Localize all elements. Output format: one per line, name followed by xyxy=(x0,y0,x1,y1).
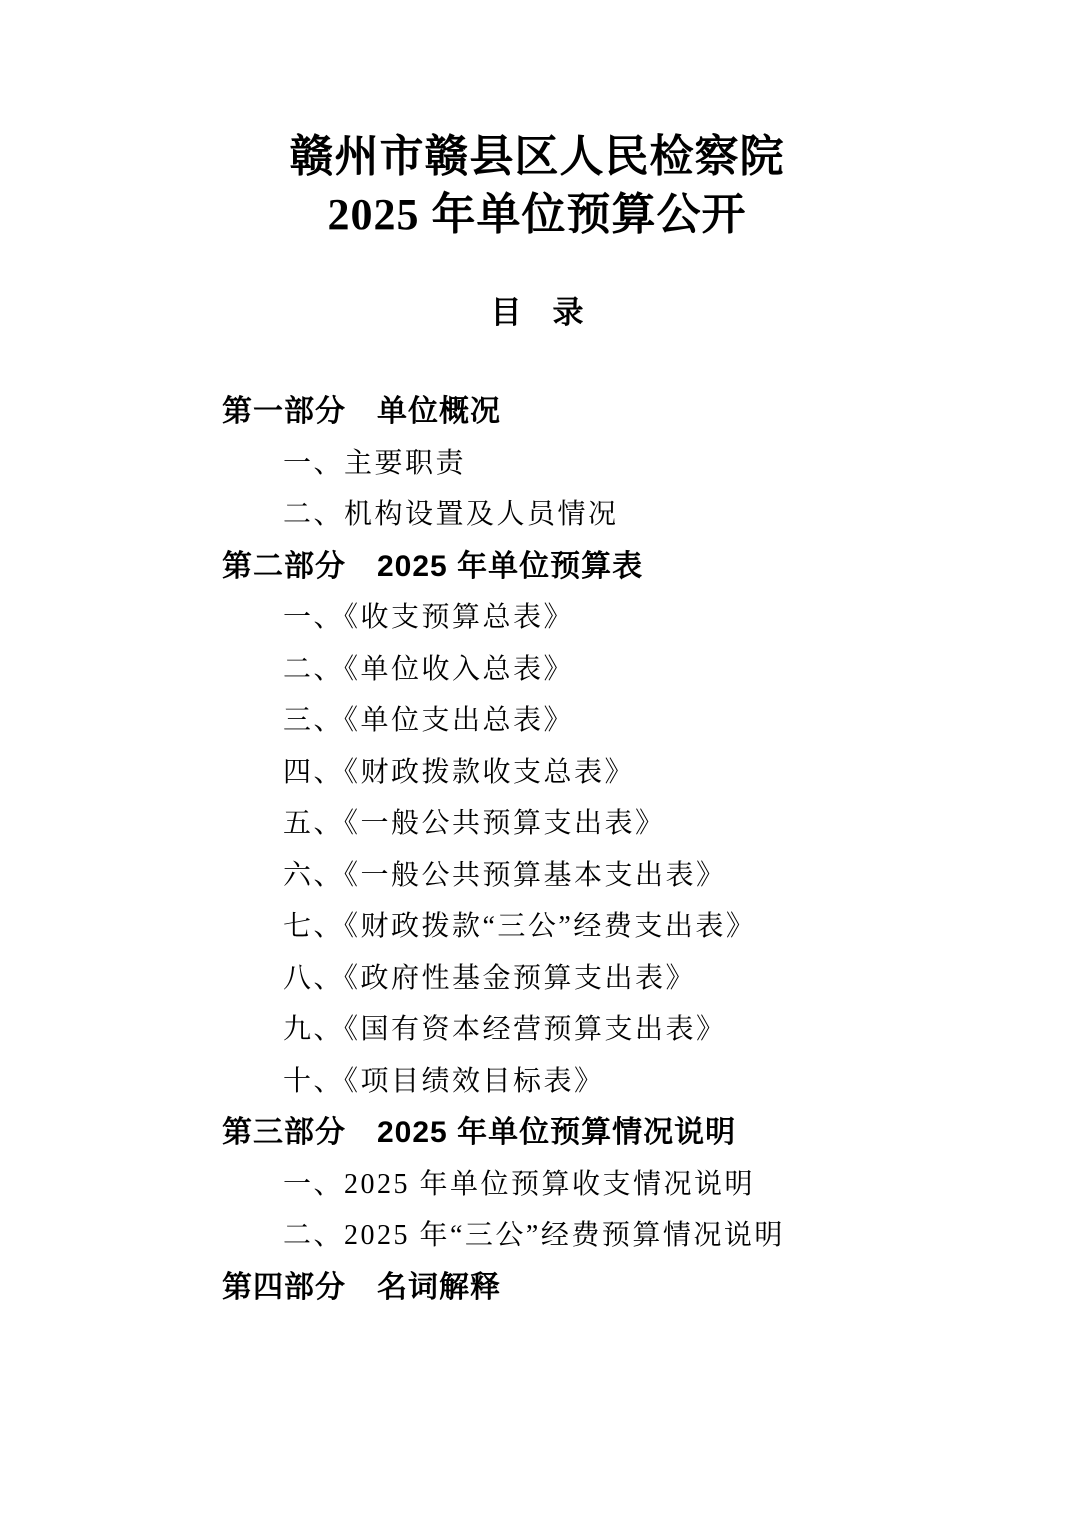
document-page: 赣州市赣县区人民检察院 2025 年单位预算公开 目 录 第一部分 单位概况 一… xyxy=(0,0,1074,1520)
toc-item: 七、《财政拨款“三公”经费支出表》 xyxy=(283,901,1074,953)
toc-item: 一、主要职责 xyxy=(283,438,1074,490)
toc-item: 二、机构设置及人员情况 xyxy=(283,489,1074,541)
toc-item: 二、《单位收入总表》 xyxy=(283,644,1074,696)
toc-item: 五、《一般公共预算支出表》 xyxy=(283,798,1074,850)
toc-item: 八、《政府性基金预算支出表》 xyxy=(283,953,1074,1005)
toc-item: 一、《收支预算总表》 xyxy=(283,592,1074,644)
toc-part-2-heading: 第二部分 2025 年单位预算表 xyxy=(222,541,1074,593)
toc-heading: 目 录 xyxy=(0,294,1074,331)
toc-item: 四、《财政拨款收支总表》 xyxy=(283,747,1074,799)
toc-part-4-heading: 第四部分 名词解释 xyxy=(222,1262,1074,1314)
toc-item: 二、2025 年“三公”经费预算情况说明 xyxy=(283,1210,1074,1262)
toc-part-1-heading: 第一部分 单位概况 xyxy=(222,386,1074,438)
toc-item: 一、2025 年单位预算收支情况说明 xyxy=(283,1159,1074,1211)
toc-item: 九、《国有资本经营预算支出表》 xyxy=(283,1004,1074,1056)
toc-part-3-heading: 第三部分 2025 年单位预算情况说明 xyxy=(222,1107,1074,1159)
document-title: 赣州市赣县区人民检察院 2025 年单位预算公开 xyxy=(0,0,1074,244)
document-title-line1: 赣州市赣县区人民检察院 xyxy=(0,128,1074,186)
toc-item: 十、《项目绩效目标表》 xyxy=(283,1056,1074,1108)
table-of-contents: 第一部分 单位概况 一、主要职责 二、机构设置及人员情况 第二部分 2025 年… xyxy=(0,386,1074,1313)
toc-item: 六、《一般公共预算基本支出表》 xyxy=(283,850,1074,902)
toc-item: 三、《单位支出总表》 xyxy=(283,695,1074,747)
document-title-line2: 2025 年单位预算公开 xyxy=(0,186,1074,244)
